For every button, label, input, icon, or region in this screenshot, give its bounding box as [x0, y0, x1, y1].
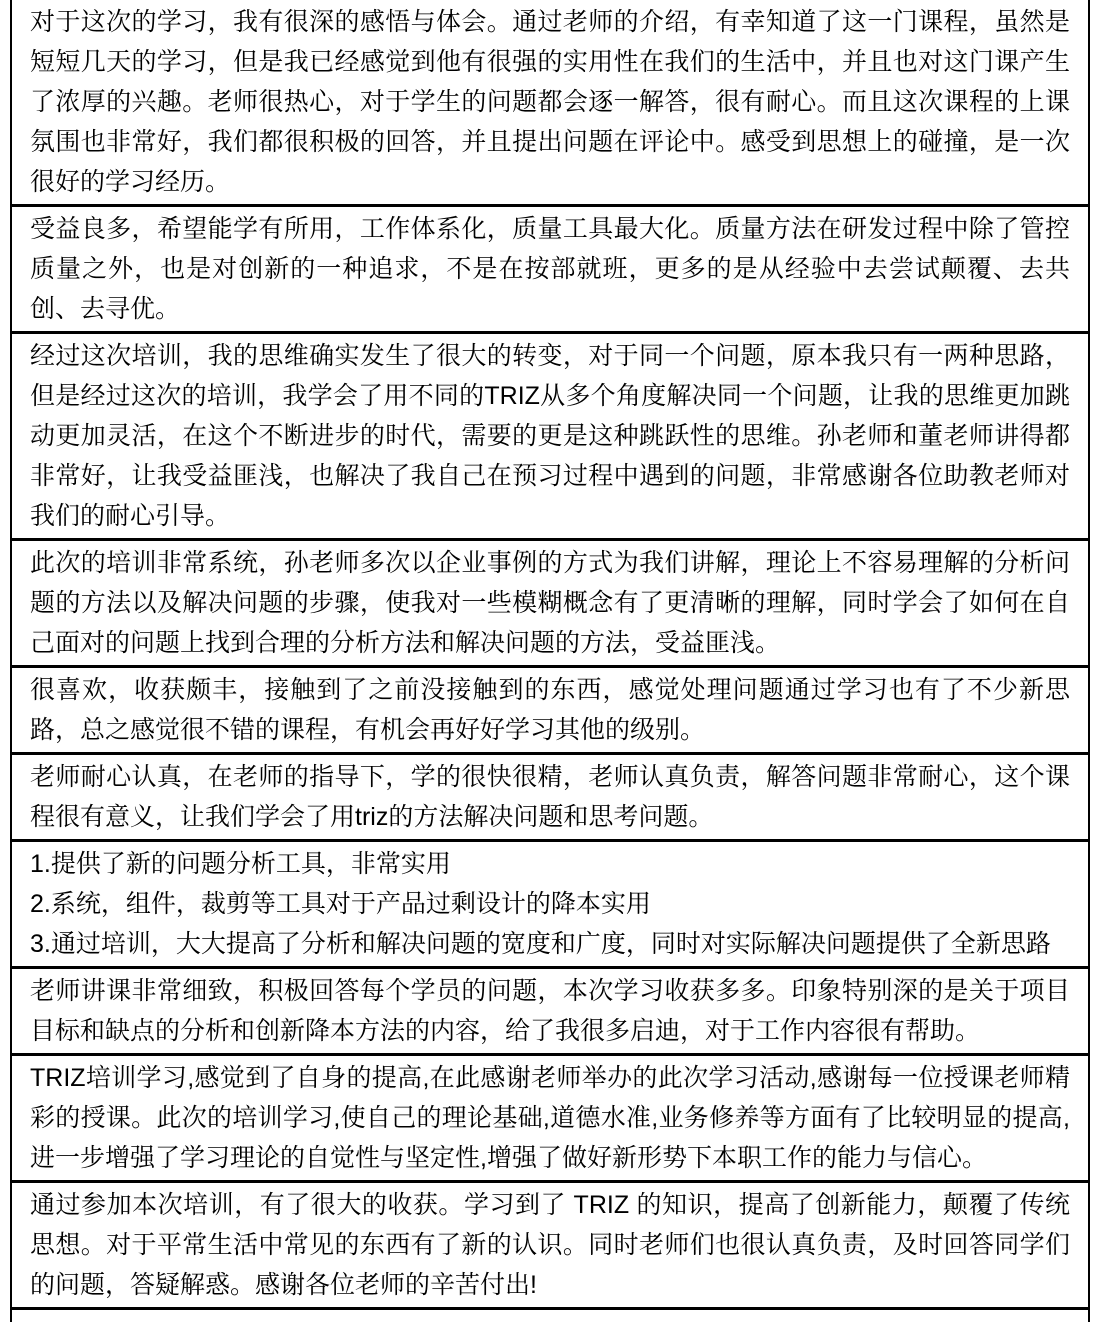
feedback-row: TRIZ培训学习,感觉到了自身的提高,在此感谢老师举办的此次学习活动,感谢每一位…	[12, 1056, 1088, 1183]
feedback-row: 此次的培训非常系统，孙老师多次以企业事例的方式为我们讲解，理论上不容易理解的分析…	[12, 541, 1088, 668]
feedback-row: 1.提供了新的问题分析工具，非常实用 2.系统，组件，裁剪等工具对于产品过剩设计…	[12, 842, 1088, 969]
feedback-row: 老师讲课非常细致，积极回答每个学员的问题，本次学习收获多多。印象特别深的是关于项…	[12, 969, 1088, 1056]
feedback-row: 通过参加本次培训，有了很大的收获。学习到了 TRIZ 的知识，提高了创新能力，颠…	[12, 1183, 1088, 1310]
feedback-row: 很喜欢，收获颇丰，接触到了之前没接触到的东西，感觉处理问题通过学习也有了不少新思…	[12, 668, 1088, 755]
feedback-row-partial	[12, 1310, 1088, 1322]
feedback-row: 受益良多，希望能学有所用，工作体系化，质量工具最大化。质量方法在研发过程中除了管…	[12, 207, 1088, 334]
feedback-row: 经过这次培训，我的思维确实发生了很大的转变，对于同一个问题，原本我只有一两种思路…	[12, 334, 1088, 541]
feedback-row: 对于这次的学习，我有很深的感悟与体会。通过老师的介绍，有幸知道了这一门课程，虽然…	[12, 0, 1088, 207]
feedback-row: 老师耐心认真，在老师的指导下，学的很快很精，老师认真负责，解答问题非常耐心，这个…	[12, 755, 1088, 842]
feedback-table: 对于这次的学习，我有很深的感悟与体会。通过老师的介绍，有幸知道了这一门课程，虽然…	[10, 0, 1090, 1322]
